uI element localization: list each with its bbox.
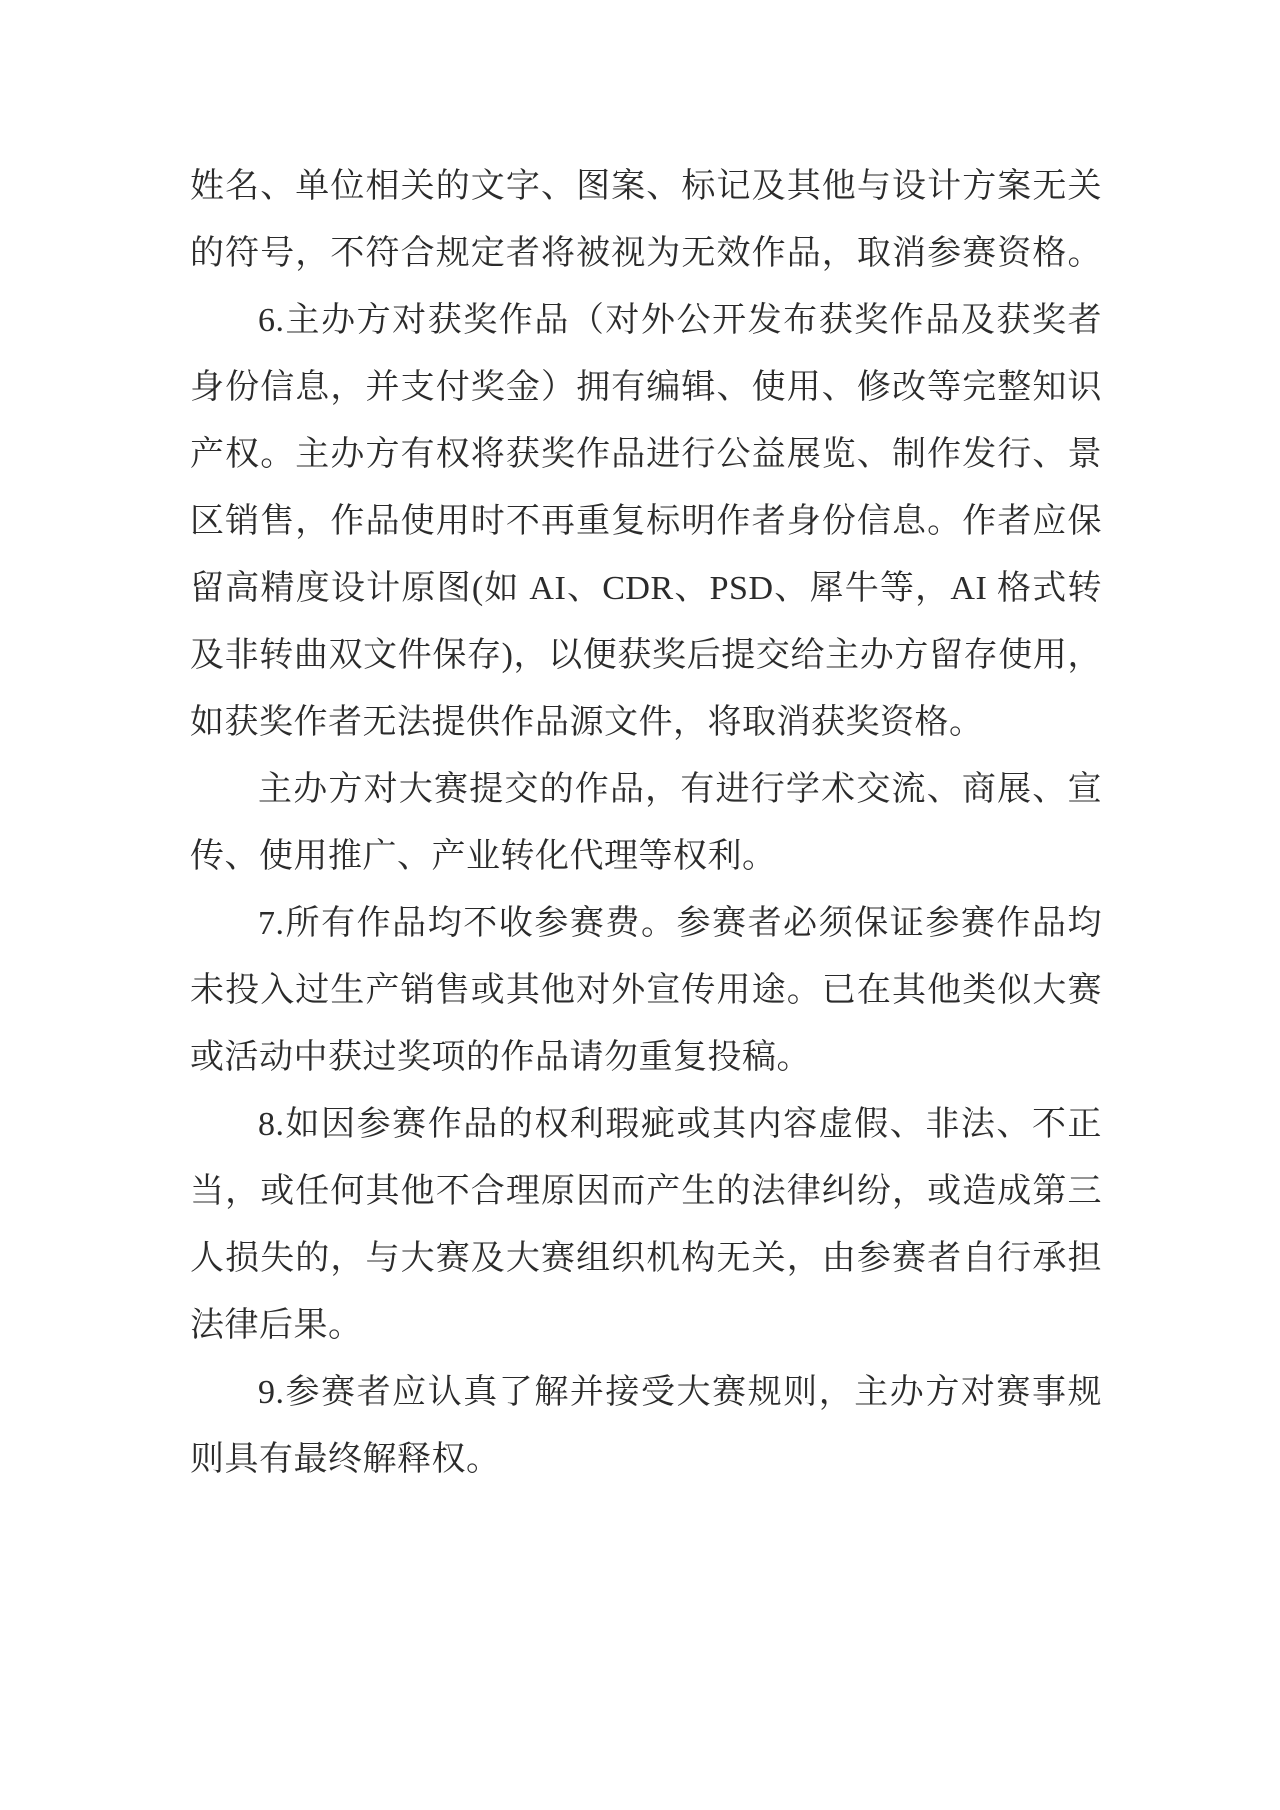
text-line: 及非转曲双文件保存)，以便获奖后提交给主办方留存使用， [190, 622, 1102, 689]
text-line: 9.参赛者应认真了解并接受大赛规则，主办方对赛事规 [190, 1359, 1102, 1426]
text-line: 未投入过生产销售或其他对外宣传用途。已在其他类似大赛 [190, 957, 1102, 1024]
text-line: 则具有最终解释权。 [190, 1426, 1102, 1493]
text-line: 留高精度设计原图(如 AI、CDR、PSD、犀牛等，AI 格式转曲 [190, 555, 1102, 622]
text-line: 传、使用推广、产业转化代理等权利。 [190, 823, 1102, 890]
text-line: 7.所有作品均不收参赛费。参赛者必须保证参赛作品均 [190, 890, 1102, 957]
text-line: 8.如因参赛作品的权利瑕疵或其内容虚假、非法、不正 [190, 1091, 1102, 1158]
text-line: 或活动中获过奖项的作品请勿重复投稿。 [190, 1024, 1102, 1091]
text-line: 姓名、单位相关的文字、图案、标记及其他与设计方案无关 [190, 153, 1102, 220]
text-line: 的符号，不符合规定者将被视为无效作品，取消参赛资格。 [190, 220, 1102, 287]
text-line: 身份信息，并支付奖金）拥有编辑、使用、修改等完整知识 [190, 354, 1102, 421]
text-line: 当，或任何其他不合理原因而产生的法律纠纷，或造成第三 [190, 1158, 1102, 1225]
text-line: 法律后果。 [190, 1292, 1102, 1359]
document-page: 姓名、单位相关的文字、图案、标记及其他与设计方案无关 的符号，不符合规定者将被视… [0, 0, 1280, 1810]
text-line: 人损失的，与大赛及大赛组织机构无关，由参赛者自行承担 [190, 1225, 1102, 1292]
text-line: 6.主办方对获奖作品（对外公开发布获奖作品及获奖者 [190, 287, 1102, 354]
text-line: 如获奖作者无法提供作品源文件，将取消获奖资格。 [190, 689, 1102, 756]
text-line: 区销售，作品使用时不再重复标明作者身份信息。作者应保 [190, 488, 1102, 555]
text-line: 主办方对大赛提交的作品，有进行学术交流、商展、宣 [190, 756, 1102, 823]
text-line: 产权。主办方有权将获奖作品进行公益展览、制作发行、景 [190, 421, 1102, 488]
contest-rules-text-block: 姓名、单位相关的文字、图案、标记及其他与设计方案无关 的符号，不符合规定者将被视… [190, 153, 1102, 1493]
